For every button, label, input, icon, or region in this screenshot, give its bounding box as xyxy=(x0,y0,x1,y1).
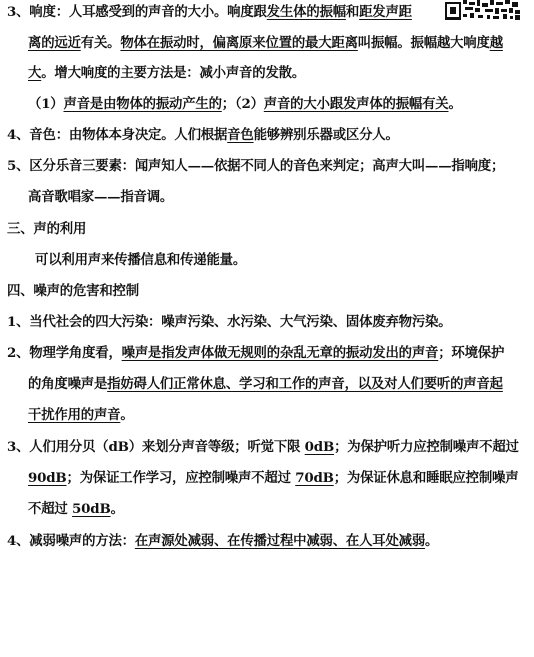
underlined-term: 大 xyxy=(28,65,41,81)
text: 。 xyxy=(425,533,438,549)
underlined-term: 指妨碍人们正常休息、学习和工作的声音，以及对人们要听的声音起 xyxy=(107,376,503,392)
noise-item-3-line-1: 3、人们用分贝（dB）来划分声音等级；听觉下限 0dB；为保护听力应控制噪声不超… xyxy=(7,437,519,457)
text: ；（2） xyxy=(222,96,264,112)
text: 有关。 xyxy=(81,35,121,51)
underlined-term: 噪声是指发声体做无规则的杂乱无章的振动发出的声音 xyxy=(122,345,439,361)
sound-use-body: 可以利用声来传播信息和传递能量。 xyxy=(35,250,246,270)
underlined-term: 声音的大小跟发声体的振幅有关 xyxy=(264,96,449,112)
underlined-term: 在声源处减弱、在传播过程中减弱、在人耳处减弱 xyxy=(135,533,425,549)
text: （1） xyxy=(28,96,64,112)
noise-item-1: 1、当代社会的四大污染：噪声污染、水污染、大气污染、固体废弃物污染。 xyxy=(7,312,451,332)
noise-item-2-line-3: 干扰作用的声音。 xyxy=(28,405,134,425)
text: 4、减弱噪声的方法： xyxy=(7,533,135,549)
noise-item-2-line-1: 2、物理学角度看，噪声是指发声体做无规则的杂乱无章的振动发出的声音；环境保护 xyxy=(7,343,504,363)
noise-item-2-line-2: 的角度噪声是指妨碍人们正常休息、学习和工作的声音，以及对人们要听的声音起 xyxy=(28,374,503,394)
underlined-term: 物体在振动时，偏离原来位置的最大距离 xyxy=(120,35,357,51)
three-elements-line-2: 高音歌唱家——指音调。 xyxy=(28,187,173,207)
loudness-line-3: 大。增大响度的主要方法是：减小声音的发散。 xyxy=(28,63,305,83)
loudness-line-1: 3、响度：人耳感受到的声音的大小。响度跟发生体的振幅和距发声距 xyxy=(7,2,412,22)
text: 4、音色：由物体本身决定。人们根据 xyxy=(7,127,227,143)
text: 。增大响度的主要方法是：减小声音的发散。 xyxy=(41,65,305,81)
loudness-line-4: （1）声音是由物体的振动产生的；（2）声音的大小跟发声体的振幅有关。 xyxy=(28,94,462,114)
underlined-term: 越 xyxy=(490,35,503,51)
underlined-value: 0dB xyxy=(305,439,334,455)
text: 。 xyxy=(111,501,124,517)
underlined-term: 距发声距 xyxy=(359,4,412,20)
underlined-term: 离的远近 xyxy=(28,35,81,51)
loudness-line-2: 离的远近有关。物体在振动时，偏离原来位置的最大距离叫振幅。振幅越大响度越 xyxy=(28,33,503,53)
underlined-value: 70dB xyxy=(295,470,334,486)
underlined-term: 声音是由物体的振动产生的 xyxy=(64,96,222,112)
underlined-term: 发生体的振幅 xyxy=(267,4,346,20)
section-heading-noise: 四、噪声的危害和控制 xyxy=(7,281,139,301)
text: 2、物理学角度看， xyxy=(7,345,122,361)
text: ；为保护听力应控制噪声不超过 xyxy=(334,439,519,455)
text: 和 xyxy=(346,4,359,20)
text: 。 xyxy=(120,407,133,423)
text: 叫振幅。振幅越大响度 xyxy=(358,35,490,51)
text: 的角度噪声是 xyxy=(28,376,107,392)
noise-item-3-line-2: 90dB；为保证工作学习，应控制噪声不超过 70dB；为保证休息和睡眠应控制噪声 xyxy=(28,468,518,488)
underlined-value: 50dB xyxy=(72,501,111,517)
three-elements-line-1: 5、区分乐音三要素：闻声知人——依据不同人的音色来判定；高声大叫——指响度； xyxy=(7,156,504,176)
text: ；为保证工作学习，应控制噪声不超过 xyxy=(67,470,296,486)
text: 3、人们用分贝（dB）来划分声音等级；听觉下限 xyxy=(7,439,305,455)
noise-item-3-line-3: 不超过 50dB。 xyxy=(28,499,124,519)
text: ；为保证休息和睡眠应控制噪声 xyxy=(334,470,519,486)
text: 3、响度：人耳感受到的声音的大小。响度跟 xyxy=(7,4,267,20)
qr-code-icon xyxy=(443,0,521,22)
underlined-term: 音色 xyxy=(227,127,253,143)
underlined-value: 90dB xyxy=(28,470,67,486)
timbre-line: 4、音色：由物体本身决定。人们根据音色能够辨别乐器或区分人。 xyxy=(7,125,399,145)
text: 不超过 xyxy=(28,501,72,517)
text: ；环境保护 xyxy=(438,345,504,361)
text: 。 xyxy=(448,96,461,112)
section-heading-sound-use: 三、声的利用 xyxy=(7,219,86,239)
noise-item-4: 4、减弱噪声的方法：在声源处减弱、在传播过程中减弱、在人耳处减弱。 xyxy=(7,531,438,551)
text: 能够辨别乐器或区分人。 xyxy=(254,127,399,143)
underlined-term: 干扰作用的声音 xyxy=(28,407,120,423)
